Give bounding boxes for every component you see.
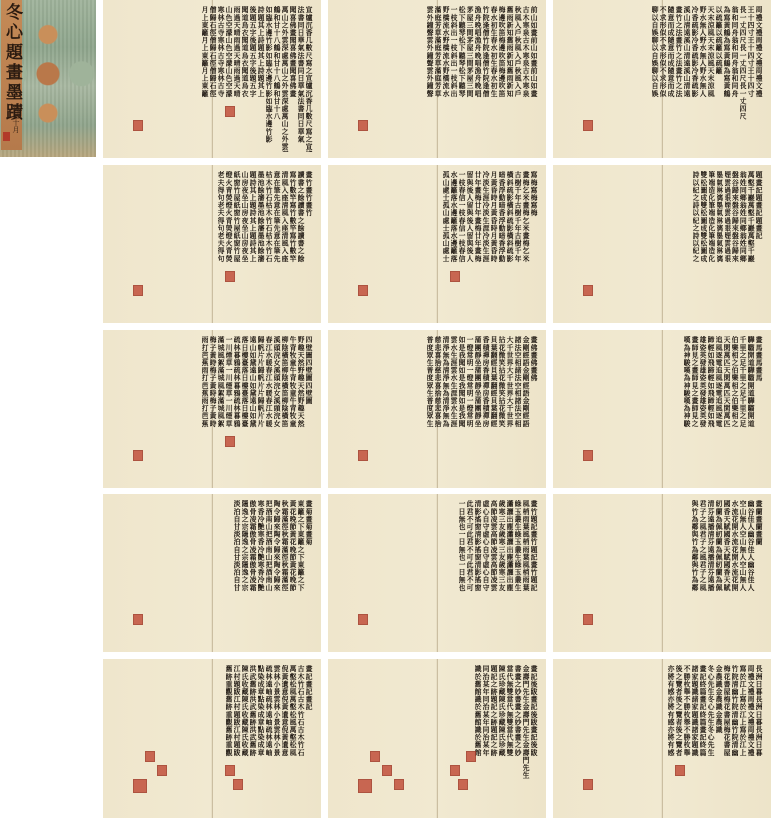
text-column: 留與後人留與後人留與後人 [467, 171, 474, 317]
album-cover: 冬心題畫墨蹟 癸巳十月 [0, 0, 96, 157]
text-column: 倪黃遺意倪黃遺意倪黃遺意 [282, 665, 289, 812]
seal-icon [145, 751, 155, 762]
text-column: 水流花開水流花開水流花開 [732, 500, 739, 646]
album-leaf[interactable]: 寫梅寫梅寫梅畫梅乞米畫梅乞米畫梅乞米古樹千年古樹千年古樹千年橫斜疏影橫斜疏影橫斜… [328, 165, 546, 323]
text-column: 廿年畫梅廿年畫梅廿年畫梅 [475, 171, 482, 317]
text-column: 後題五字後題五字後題五字 [250, 6, 257, 152]
album-leaf[interactable]: 畫菊畫菊畫菊東籬之下東籬之下東籬之下黃花晚節黃花晚節黃花晚節秋霜滿徑秋霜滿徑秋霜… [103, 494, 321, 652]
text-column: 以疏籬以疏籬以疏籬 [716, 6, 723, 152]
text-column: 一燈常明一燈常明一燈常明 [467, 336, 474, 482]
text-column: 高節凌雲高節凌雲高節凌雲 [491, 500, 498, 646]
text-column: 紙窗竹屋紙窗竹屋紙窗竹屋 [234, 171, 241, 317]
calligraphy-text: 畫佛畫佛畫佛金剛經語金剛經語金剛經語諸法空相諸法空相諸法空相大千世界大千世界大千… [368, 336, 538, 482]
seal-icon [3, 132, 10, 141]
text-column: 山房夜坐山房夜坐山房夜坐 [242, 171, 249, 317]
text-column: 山色空濛山色空濛山色空濛 [226, 6, 233, 152]
text-column: 諸法空相諸法空相諸法空相 [515, 336, 522, 482]
calligraphy-text: 畫記畫記畫記古木竹石古木竹石古木竹石萬壑松風萬壑松風萬壑松風倪黃遺意倪黃遺意倪黃… [143, 665, 313, 812]
text-column: 一川煙草一川煙草一川煙草 [226, 336, 233, 482]
text-column: 金剛經語金剛經語金剛經語 [523, 336, 530, 482]
text-column: 國香天賦國香天賦國香天賦 [724, 500, 731, 646]
text-column: 拈花微笑拈花微笑拈花微笑 [499, 336, 506, 482]
text-column: 梅花書屋梅花書屋梅花書屋 [724, 665, 731, 812]
text-column: 盤谷歸來盤谷歸來盤谷歸來 [732, 171, 739, 317]
text-column: 寫於江上寫於江上寫於江上 [740, 665, 747, 812]
seal-icon [583, 779, 593, 790]
text-column: 如臨水邊竹影如臨水邊竹影如臨水邊竹影 [266, 6, 273, 152]
text-column: 清影搖窗清影搖窗清影搖窗 [475, 500, 482, 646]
text-column: 題記之跡題記之跡題記之跡 [491, 665, 498, 812]
text-column: 普度眾生普度眾生普度眾生 [427, 336, 434, 482]
text-column: 千里之足千里之足千里之足 [740, 336, 747, 482]
seal-icon [583, 614, 593, 625]
seal-icon [225, 765, 235, 776]
seal-icon [225, 106, 235, 117]
seal-icon [382, 765, 392, 776]
center-fold [437, 659, 438, 818]
seal-icon [458, 779, 468, 790]
text-column: 一枝斜出一枝斜出一枝斜出 [451, 6, 458, 152]
text-column: 翁姓同鄉翁姓同鄉翁姓同鄉 [740, 171, 747, 317]
seal-icon [450, 765, 460, 776]
text-column: 天閑萬匹天閑萬匹天閑萬匹 [724, 336, 731, 482]
text-column: 竹院逢僧竹院逢僧竹院逢僧 [483, 6, 490, 152]
text-column: 畫佛畫佛畫佛 [531, 336, 538, 482]
text-column: 清芬遠播清芬遠播清芬遠播 [708, 500, 715, 646]
text-column: 亦將有感亦將有感亦將有感 [668, 665, 675, 812]
album-leaf[interactable]: 畫蘭畫蘭畫蘭幽谷佳人幽谷佳人幽谷佳人空山無人空山無人空山無人水流花開水流花開水流… [553, 494, 771, 652]
text-column: 畫竹之法畫竹之法畫竹之法 [676, 6, 683, 152]
text-column: 枯木竹石枯木竹石枯木竹石 [266, 171, 273, 317]
text-column: 前山如畫前山如畫前山如畫 [531, 6, 538, 152]
text-column: 冬心先生冬心先生冬心先生 [708, 665, 715, 812]
seal-icon [133, 614, 143, 625]
cover-inscription: 癸巳十月 [11, 105, 21, 133]
text-column: 暗香浮動暗香浮動暗香浮動 [499, 171, 506, 317]
album-leaf[interactable]: 長洲日暮長洲日暮長洲日暮周禮文禮周禮文禮周禮文禮寫於江上寫於江上寫於江上竹院清幽… [553, 659, 771, 818]
text-column: 同治某年同治某年同治某年 [483, 665, 490, 812]
text-column: 為寫黃鶴為寫黃鶴為寫黃鶴 [724, 6, 731, 152]
text-column: 長一丈四尺長一丈四尺長一丈四尺 [740, 6, 747, 152]
text-column: 陶令歸來陶令歸來陶令歸來 [274, 500, 281, 646]
text-column: 畫菊畫菊畫菊 [306, 500, 313, 646]
text-column: 天末涼風天末涼風天末涼風 [708, 6, 715, 152]
text-column: 老夫得句老夫得句老夫得句 [218, 171, 225, 317]
text-column: 雲水生涯雲水生涯雲水生涯 [451, 336, 458, 482]
text-column: 書畫之妙書畫之妙書畫之妙 [515, 665, 522, 812]
text-column: 隨意而成隨意而成隨意而成 [668, 6, 675, 152]
text-column: 古木竹石古木竹石古木竹石 [298, 665, 305, 812]
seal-icon [133, 120, 143, 131]
seal-icon [133, 779, 147, 793]
calligraphy-text: 畫竹畫竹畫竹讀書之餘讀書之餘讀書之餘寫竹數竿寫竹數竿寫竹數竿清風入座清風入座清風… [143, 171, 313, 317]
album-leaf[interactable]: 題畫記題畫記題畫記萬壑千巖萬壑千巖萬壑千巖翁姓同鄉翁姓同鄉翁姓同鄉盤谷歸來盤谷歸… [553, 165, 771, 323]
seal-icon [233, 779, 243, 790]
text-column: 紉蘭為佩紉蘭為佩紉蘭為佩 [716, 500, 723, 646]
text-column: 蒲團靜坐蒲團靜坐蒲團靜坐 [475, 336, 482, 482]
text-column: 一枝春信一枝春信一枝春信 [459, 171, 466, 317]
text-column: 香積禪房香積禪房香積禪房 [483, 336, 490, 482]
text-column: 孤山處士孤山處士孤山處士 [443, 171, 450, 317]
text-column: 竹院清幽竹院清幽竹院清幽 [732, 665, 739, 812]
text-column: 牛背牧童牛背牧童牛背牧童 [290, 336, 297, 482]
text-column: 伯樂相之伯樂相之伯樂相之 [732, 336, 739, 482]
text-column: 追風逐電追風逐電追風逐電 [716, 336, 723, 482]
text-column: 墨池餘瀋墨池餘瀋墨池餘瀋 [258, 171, 265, 317]
calligraphy-text: 四壁圖四壁圖四壁圖野趣天然野趣天然野趣天然牛背牧童牛背牧童牛背牧童柳陰橫笛柳陰橫… [143, 336, 313, 482]
calligraphy-text: 前山如畫前山如畫前山如畫古木寒泉古木寒泉古木寒泉秋風入戶秋風入戶秋風入戶舊雨新知… [368, 6, 538, 152]
seal-icon [358, 120, 368, 131]
seal-icon [370, 751, 380, 762]
text-column: 與竹為鄰與竹為鄰與竹為鄰 [692, 500, 699, 646]
text-column: 畫竹題記畫竹題記畫竹題記 [531, 500, 538, 646]
text-column: 君子之風君子之風君子之風 [700, 500, 707, 646]
album-leaf[interactable]: 周禮文禮周禮文禮周禮文禮王十四寸王十四寸王十四寸長一丈四尺長一丈四尺長一丈四尺翁… [553, 0, 771, 158]
text-column: 宣爐沉香几數尺寫之宣爐沉香几數尺寫之宣爐 [306, 6, 313, 152]
album-leaf[interactable]: 畫佛畫佛畫佛金剛經語金剛經語金剛經語諸法空相諸法空相諸法空相大千世界大千世界大千… [328, 330, 546, 488]
text-column: 野趣天然野趣天然野趣天然 [298, 336, 305, 482]
seal-icon [450, 271, 460, 282]
text-column: 雨過天晴雨過天晴雨過天晴 [234, 6, 241, 152]
seal-icon [675, 765, 685, 776]
text-column: 聊以自娛聊以自娛聊以自娛 [652, 6, 659, 152]
text-column: 法書同日華氣法書同日華氣法書同日華氣 [298, 6, 305, 152]
seal-icon [583, 450, 593, 461]
album-leaf[interactable]: 畫竹題記畫竹題記畫竹題記風梢雨葉風梢雨葉風梢雨葉綠玉叢生綠玉叢生綠玉叢生瀟灑出塵… [328, 494, 546, 652]
text-column: 筆端造化筆端造化筆端造化 [709, 171, 716, 317]
text-column: 一日無也一日無也一日無也 [459, 500, 466, 646]
text-column: 讀書之餘讀書之餘讀書之餘 [298, 171, 305, 317]
text-column: 疏林遠岫疏林遠岫疏林遠岫 [266, 665, 273, 812]
text-column: 淡泊自甘淡泊自甘淡泊自甘 [234, 500, 241, 646]
text-column: 聞喜佛畫聞喜佛畫聞喜佛畫 [290, 6, 297, 152]
text-column: 把酒南山把酒南山把酒南山 [266, 500, 273, 646]
text-column: 瀟灑出塵瀟灑出塵瀟灑出塵 [507, 500, 514, 646]
text-column: 當代無雙當代無雙當代無雙 [507, 665, 514, 812]
text-column: 寫梅寫梅寫梅 [531, 171, 538, 317]
seal-icon [394, 779, 404, 790]
text-column: 傲骨凌霜傲骨凌霜傲骨凌霜 [250, 500, 257, 646]
text-column: 橫斜疏影橫斜疏影橫斜疏影 [507, 171, 514, 317]
text-column: 周禮文禮周禮文禮周禮文禮 [748, 665, 755, 812]
text-column: 萬壑千巖萬壑千巖萬壑千巖 [748, 171, 755, 317]
text-column: 茅屋三間茅屋三間茅屋三間 [467, 6, 474, 152]
text-column: 空山無人空山無人空山無人 [740, 500, 747, 646]
text-column: 大千世界大千世界大千世界 [507, 336, 514, 482]
seal-icon [225, 271, 235, 282]
text-column: 蹄輕如飛蹄輕如飛蹄輕如飛 [708, 336, 715, 482]
text-column: 寒香冷艷寒香冷艷寒香冷艷 [258, 500, 265, 646]
text-column: 虛心自守虛心自守虛心自守 [483, 500, 490, 646]
calligraphy-text: 寫梅寫梅寫梅畫梅乞米畫梅乞米畫梅乞米古樹千年古樹千年古樹千年橫斜疏影橫斜疏影橫斜… [368, 171, 538, 317]
text-column: 黃花晚節黃花晚節黃花晚節 [290, 500, 297, 646]
text-column: 松下聽琴松下聽琴松下聽琴 [459, 6, 466, 152]
text-column: 萬壑松風萬壑松風萬壑松風 [290, 665, 297, 812]
text-column: 燈火青熒燈火青熒燈火青熒 [226, 171, 233, 317]
text-column: 雨打芭蕉雨打芭蕉雨打芭蕉 [202, 336, 209, 482]
text-column: 聞道烏衣聞道烏衣聞道烏衣 [242, 6, 249, 152]
text-column: 題畫記題畫記題畫記 [756, 171, 763, 317]
text-column: 後之覽者後之覽者後之覽者 [676, 665, 683, 812]
text-column: 僧歸石徑僧歸石徑僧歸石徑 [210, 6, 217, 152]
album-leaf[interactable]: 畫記畫記畫記古木竹石古木竹石古木竹石萬壑松風萬壑松風萬壑松風倪黃遺意倪黃遺意倪黃… [103, 659, 321, 818]
text-column: 冷淡生涯冷淡生涯冷淡生涯 [483, 171, 490, 317]
text-column: 歲寒三友歲寒三友歲寒三友 [499, 500, 506, 646]
text-column: 周禮文禮周禮文禮周禮文禮 [756, 6, 763, 152]
calligraphy-text: 畫竹題記畫竹題記畫竹題記風梢雨葉風梢雨葉風梢雨葉綠玉叢生綠玉叢生綠玉叢生瀟灑出塵… [368, 500, 538, 646]
text-column: 歸帆片片歸帆片片歸帆片片 [258, 336, 265, 482]
text-column: 洪武舊跡洪武舊跡洪武舊跡 [250, 665, 257, 812]
text-column: 柳陰橫笛柳陰橫笛柳陰橫笛 [282, 336, 289, 482]
text-column: 畫師見之畫師見之畫師見之 [692, 336, 699, 482]
text-column: 隱逸之宗隱逸之宗隱逸之宗 [242, 500, 249, 646]
seal-icon [358, 614, 368, 625]
text-column: 疏林暮鴉疏林暮鴉疏林暮鴉 [234, 336, 241, 482]
text-column: 煙雲過眼煙雲過眼煙雲過眼 [725, 171, 732, 317]
text-column: 意在筆先意在筆先意在筆先 [274, 171, 281, 317]
calligraphy-text: 長洲日暮長洲日暮長洲日暮周禮文禮周禮文禮周禮文禮寫於江上寫於江上寫於江上竹院清幽… [593, 665, 763, 812]
text-column: 慈悲喜捨慈悲喜捨慈悲喜捨 [435, 336, 442, 482]
text-column: 諸家題識諸家題識諸家題識 [692, 665, 699, 812]
text-column: 雙松圖成雙松圖成雙松圖成 [701, 171, 708, 317]
text-column: 萬山之外雲深處萬山之外雲深處萬山之外雲深 [282, 6, 289, 152]
seal-icon [358, 779, 372, 793]
calligraphy-text: 畫馬畫馬畫馬驊騮開道驊騮開道驊騮開道千里之足千里之足千里之足伯樂相之伯樂相之伯樂… [593, 336, 763, 482]
album-leaf[interactable]: 宣爐沉香几數尺寫之宣爐沉香几數尺寫之宣爐法書同日華氣法書同日華氣法書同日華氣聞喜… [103, 0, 321, 158]
text-column: 雲外鐘聲雲外鐘聲雲外鐘聲 [427, 6, 434, 152]
text-column: 雲林小景雲林小景雲林小景 [274, 665, 281, 812]
text-column: 題詩其上題詩其上題詩其上 [250, 171, 257, 317]
text-column: 寫竹數竿寫竹數竿寫竹數竿 [290, 171, 297, 317]
text-column: 雄姿英發雄姿英發雄姿英發 [700, 336, 707, 482]
text-column: 落日樓臺落日樓臺落日樓臺 [242, 336, 249, 482]
text-column: 綠玉叢生綠玉叢生綠玉叢生 [515, 500, 522, 646]
seal-icon [133, 450, 143, 461]
text-column: 水邊籬落水邊籬落水邊籬落 [451, 171, 458, 317]
text-column: 詩題其上詩題其上詩題其上 [258, 6, 265, 152]
text-column: 冷香疏影冷香疏影冷香疏影 [692, 6, 699, 152]
text-column: 貝葉翻經貝葉翻經貝葉翻經 [491, 336, 498, 482]
text-column: 溪頭浣女溪頭浣女溪頭浣女 [274, 336, 281, 482]
album-leaf[interactable]: 前山如畫前山如畫前山如畫古木寒泉古木寒泉古木寒泉秋風入戶秋風入戶秋風入戶舊雨新知… [328, 0, 546, 158]
text-column: 溪山清遠溪山清遠溪山清遠 [684, 6, 691, 152]
text-column: 翁和同舟翁和同舟翁和同舟 [732, 6, 739, 152]
text-column: 古樹千年古樹千年古樹千年 [515, 171, 522, 317]
text-column: 清淨無為清淨無為清淨無為 [443, 336, 450, 482]
text-column: 畫竹畫竹畫竹 [306, 171, 313, 317]
text-column: 陳氏收藏陳氏收藏陳氏收藏 [242, 665, 249, 812]
text-column: 點染成章點染成章點染成章 [258, 665, 265, 812]
text-column: 舊雨新知舊雨新知舊雨新知 [507, 6, 514, 152]
text-column: 四壁圖四壁圖四壁圖 [306, 336, 313, 482]
calligraphy-text: 畫蘭畫蘭畫蘭幽谷佳人幽谷佳人幽谷佳人空山無人空山無人空山無人水流花開水流花開水流… [593, 500, 763, 646]
text-column: 詩以紀之詩以紀之詩以紀之 [693, 171, 700, 317]
text-column: 畫記終篇畫記終篇畫記終篇 [700, 665, 707, 812]
album-leaf[interactable]: 畫竹畫竹畫竹讀書之餘讀書之餘讀書之餘寫竹數竿寫竹數竿寫竹數竿清風入座清風入座清風… [103, 165, 321, 323]
text-column: 春江水暖春江水暖春江水暖 [266, 336, 273, 482]
text-column: 此君不可此君不可此君不可 [467, 500, 474, 646]
text-column: 野水無人野水無人野水無人 [700, 6, 707, 152]
text-column: 不求形似不求形似不求形似 [660, 6, 667, 152]
text-column: 畫記畫記畫記 [306, 665, 313, 812]
text-column: 墨氣淋漓墨氣淋漓墨氣淋漓 [717, 171, 724, 317]
calligraphy-text: 畫記後跋畫記後跋畫記後跋金壽門先生金壽門先生金壽門先生書畫之妙書畫之妙書畫之妙當… [468, 665, 538, 812]
text-column: 陳氏珍藏陳氏珍藏陳氏珍藏 [499, 665, 506, 812]
text-column: 幽谷佳人幽谷佳人幽谷佳人 [748, 500, 755, 646]
text-column: 梅子黃時梅子黃時梅子黃時 [210, 336, 217, 482]
text-column: 秋風入戶秋風入戶秋風入戶 [515, 6, 522, 152]
text-column: 清風入座清風入座清風入座 [282, 171, 289, 317]
text-column: 驊騮開道驊騮開道驊騮開道 [748, 336, 755, 482]
text-column: 金壽門先生金壽門先生金壽門先生 [523, 665, 530, 812]
calligraphy-text: 畫菊畫菊畫菊東籬之下東籬之下東籬之下黃花晚節黃花晚節黃花晚節秋霜滿徑秋霜滿徑秋霜… [143, 500, 313, 646]
calligraphy-text: 題畫記題畫記題畫記萬壑千巖萬壑千巖萬壑千巖翁姓同鄉翁姓同鄉翁姓同鄉盤谷歸來盤谷歸… [693, 171, 763, 317]
text-column: 畫馬畫馬畫馬 [756, 336, 763, 482]
calligraphy-text: 宣爐沉香几數尺寫之宣爐沉香几數尺寫之宣爐法書同日華氣法書同日華氣法書同日華氣聞喜… [143, 6, 313, 152]
center-fold [662, 165, 663, 323]
album-leaf[interactable]: 畫記後跋畫記後跋畫記後跋金壽門先生金壽門先生金壽門先生書畫之妙書畫之妙書畫之妙當… [328, 659, 546, 818]
text-column: 月上東籬月上東籬月上東籬 [202, 6, 209, 152]
text-column: 嘆為神駿嘆為神駿嘆為神駿 [684, 336, 691, 482]
text-column: 滿城風絮滿城風絮滿城風絮 [218, 336, 225, 482]
seal-icon [583, 285, 593, 296]
calligraphy-text: 周禮文禮周禮文禮周禮文禮王十四寸王十四寸王十四寸長一丈四尺長一丈四尺長一丈四尺翁… [593, 6, 763, 152]
seal-icon [466, 751, 476, 762]
text-column: 畫記後跋畫記後跋畫記後跋 [531, 665, 538, 812]
text-column: 遠山如黛遠山如黛遠山如黛 [250, 336, 257, 482]
text-column: 金農識金農識金農識 [716, 665, 723, 812]
text-column: 漁舟晚唱漁舟晚唱漁舟晚唱 [475, 6, 482, 152]
text-column: 秋霜滿徑秋霜滿徑秋霜滿徑 [282, 500, 289, 646]
text-column: 風梢雨葉風梢雨葉風梢雨葉 [523, 500, 530, 646]
text-column: 識於舊館識於舊館識於舊館 [475, 665, 482, 812]
album-leaf[interactable]: 畫馬畫馬畫馬驊騮開道驊騮開道驊騮開道千里之足千里之足千里之足伯樂相之伯樂相之伯樂… [553, 330, 771, 488]
text-column: 東籬之下東籬之下東籬之下 [298, 500, 305, 646]
seal-icon [358, 450, 368, 461]
text-column: 舊跡重觀舊跡重觀舊跡重觀 [226, 665, 233, 812]
text-column: 鶴和甘十八鶴和甘十八鶴和甘十八 [274, 6, 281, 152]
text-column: 野橋流水野橋流水野橋流水 [443, 6, 450, 152]
text-column: 寒林古寺寒林古寺寒林古寺 [218, 6, 225, 152]
text-column: 如是我聞如是我聞如是我聞 [459, 336, 466, 482]
text-column: 長洲日暮長洲日暮長洲日暮 [756, 665, 763, 812]
seal-icon [225, 436, 235, 447]
text-column: 古木寒泉古木寒泉古木寒泉 [523, 6, 530, 152]
text-column: 梅邊吹笛梅邊吹笛梅邊吹笛 [499, 6, 506, 152]
seal-icon [583, 120, 593, 131]
text-column: 春水初生春水初生春水初生 [491, 6, 498, 152]
text-column: 畫蘭畫蘭畫蘭 [756, 500, 763, 646]
text-column: 不勝枚舉不勝枚舉不勝枚舉 [684, 665, 691, 812]
seal-icon [133, 285, 143, 296]
seal-icon [157, 765, 167, 776]
text-column: 畫梅乞米畫梅乞米畫梅乞米 [523, 171, 530, 317]
text-column: 王十四寸王十四寸王十四寸 [748, 6, 755, 152]
album-leaf[interactable]: 四壁圖四壁圖四壁圖野趣天然野趣天然野趣天然牛背牧童牛背牧童牛背牧童柳陰橫笛柳陰橫… [103, 330, 321, 488]
text-column: 滿庭芳草滿庭芳草滿庭芳草 [435, 6, 442, 152]
seal-icon [358, 285, 368, 296]
text-column: 月黃昏時月黃昏時月黃昏時 [491, 171, 498, 317]
